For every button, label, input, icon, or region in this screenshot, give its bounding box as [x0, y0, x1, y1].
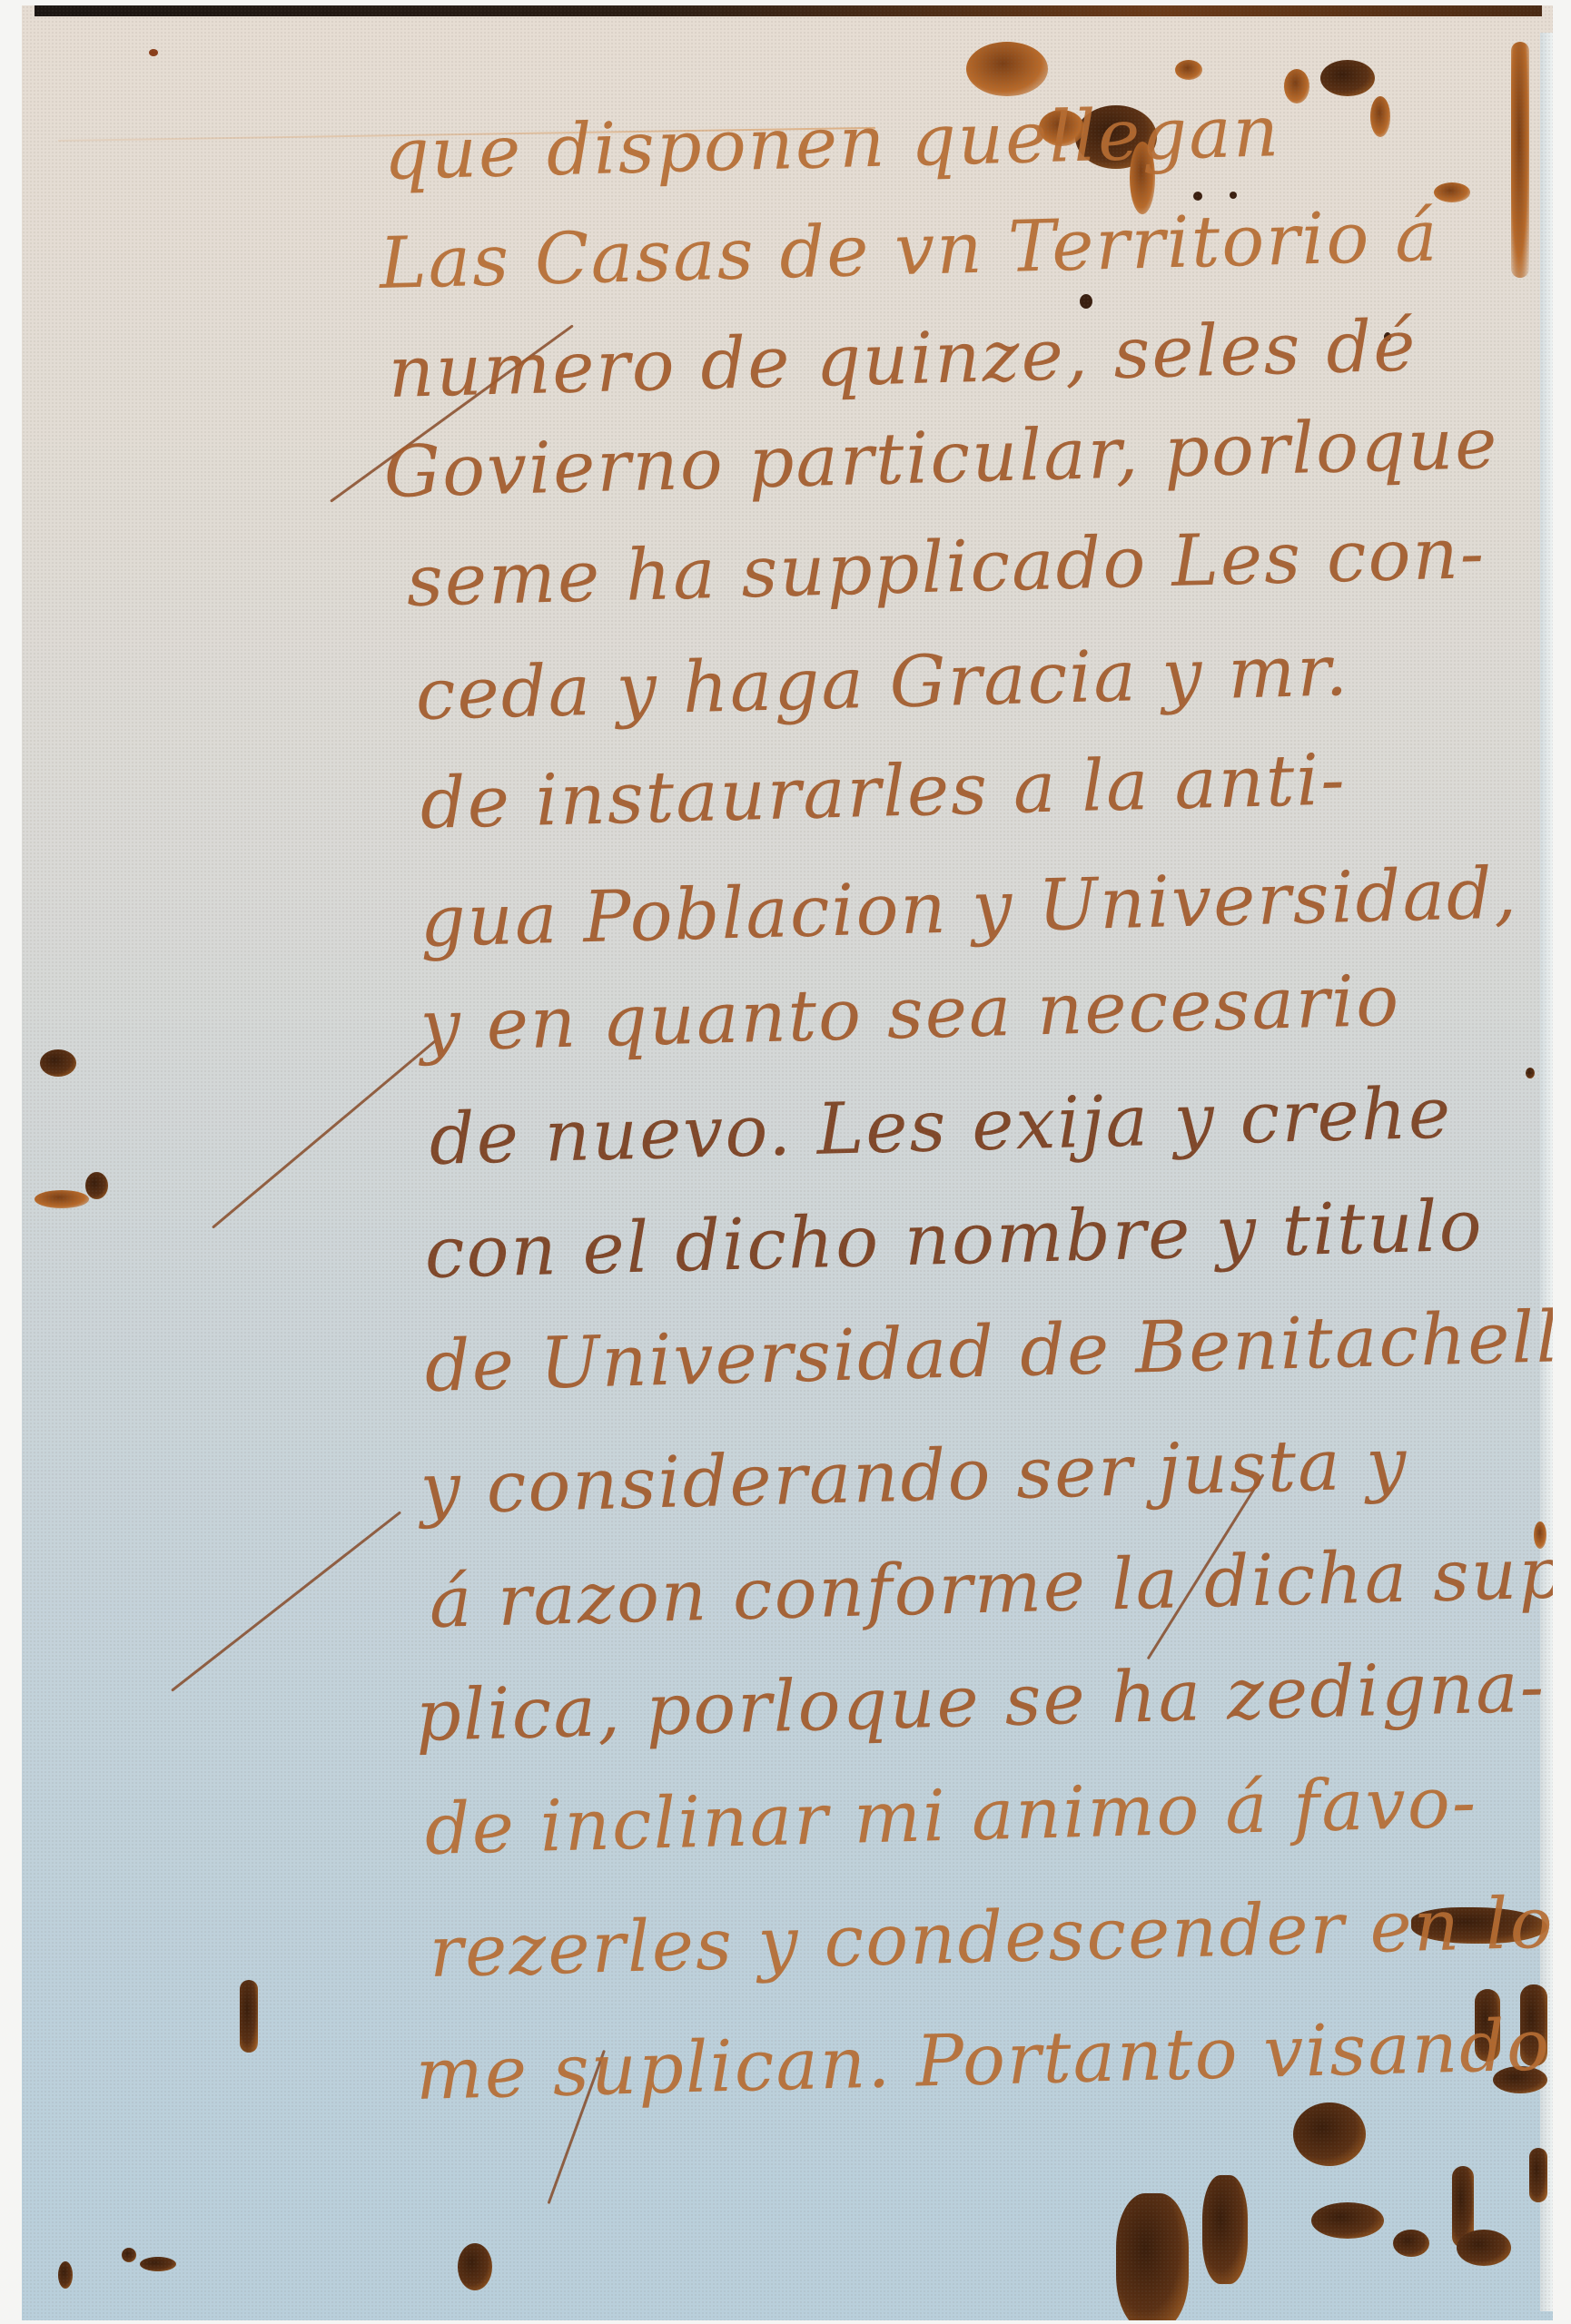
manuscript-line: me suplican. Portanto visando — [415, 2004, 1552, 2116]
manuscript-line: plica, porloque se ha zedigna- — [415, 1646, 1546, 1758]
manuscript-line: con el dicho nombre y titulo — [424, 1186, 1485, 1295]
manuscript-line: ceda y haga Gracia y mr. — [415, 630, 1350, 736]
manuscript-line: y en quanto sea necesario — [420, 960, 1402, 1068]
manuscript-line: Govierno particular, porloque — [383, 403, 1500, 514]
manuscript-line: y considerando ser justa y — [420, 1423, 1409, 1531]
manuscript-line: de nuevo. Les exija y crehe — [429, 1073, 1453, 1181]
manuscript-line: de inclinar mi animo á favo- — [424, 1762, 1479, 1871]
manuscript-photo: que disponen quellegan Las Casas de vn T… — [0, 0, 1571, 2324]
manuscript-line: que disponen quellegan — [383, 91, 1281, 196]
manuscript-line: de Universidad de Benitachell — [424, 1296, 1553, 1408]
manuscript-text: que disponen quellegan Las Casas de vn T… — [22, 5, 1553, 2320]
manuscript-line: á razon conforme la dicha sup- — [429, 1532, 1553, 1644]
manuscript-line: gua Poblacion y Universidad, — [420, 852, 1519, 963]
manuscript-line: Las Casas de vn Territorio á — [379, 195, 1440, 305]
manuscript-line: rezerles y condescender en lo que — [429, 1878, 1553, 1994]
manuscript-line: de instaurarles a la anti- — [420, 739, 1348, 845]
manuscript-line: seme ha supplicado Les con- — [406, 513, 1487, 623]
manuscript-line: numero de quinze, seles dé — [388, 305, 1418, 414]
manuscript-page: que disponen quellegan Las Casas de vn T… — [22, 5, 1553, 2320]
